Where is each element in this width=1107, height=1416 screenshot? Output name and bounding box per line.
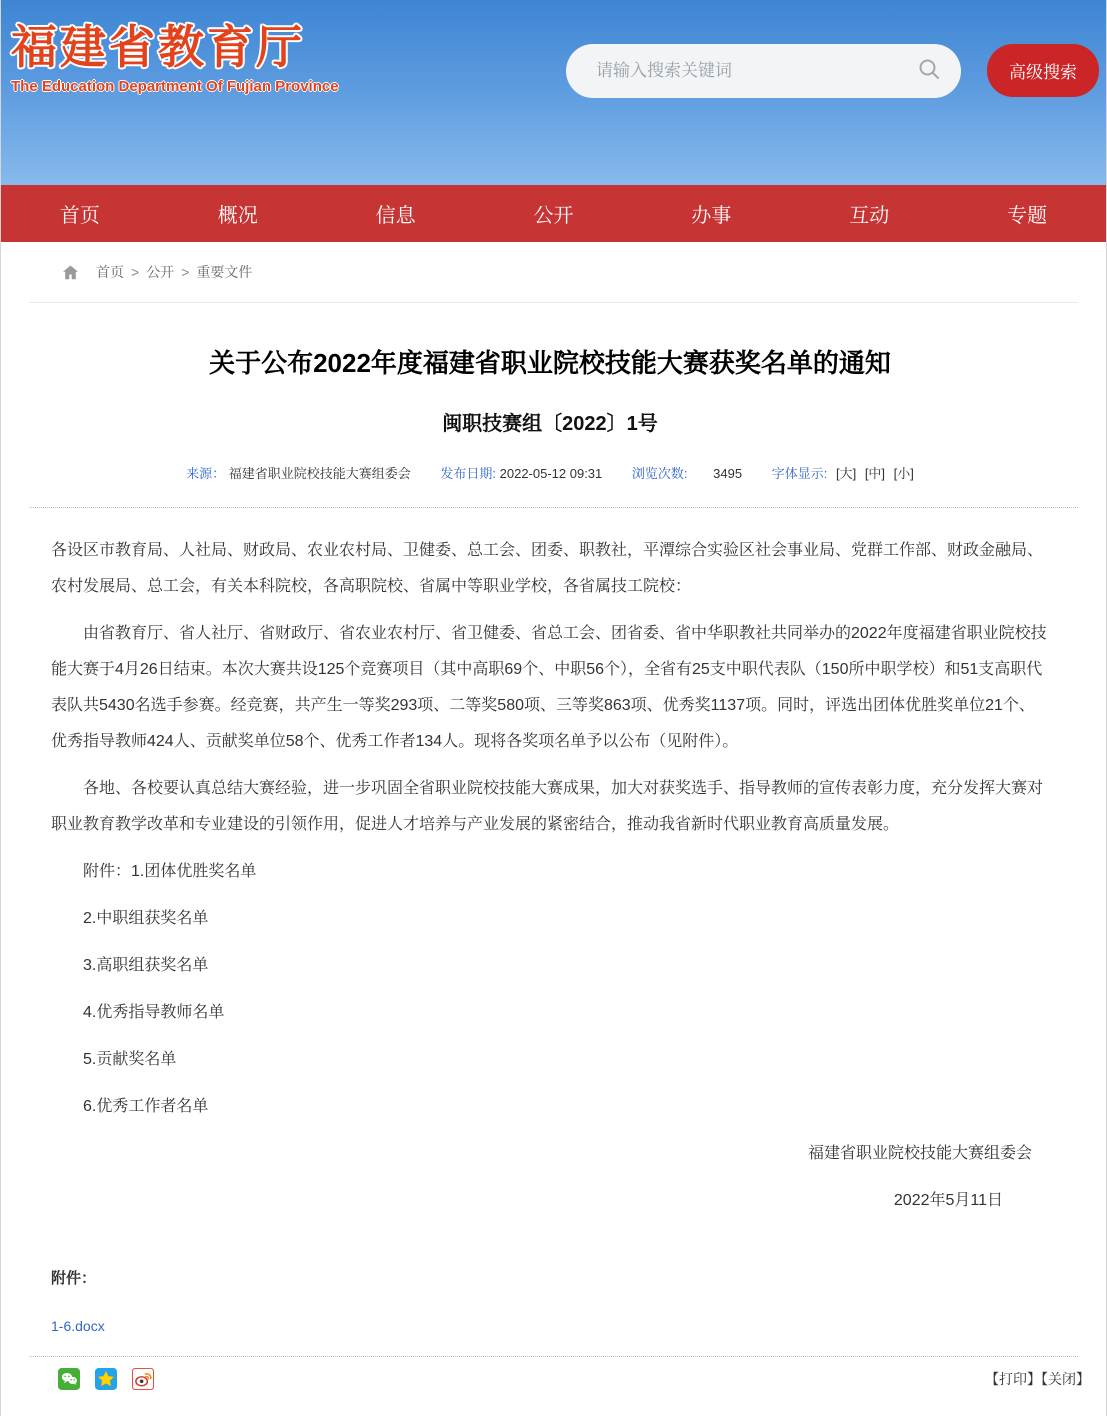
search-input[interactable] (594, 60, 917, 82)
meta-date-label: 发布日期: (440, 466, 496, 481)
breadcrumb-wrap: 首页 > 公开 > 重要文件 (29, 242, 1078, 303)
paragraph-recipients: 各设区市教育局、人社局、财政局、农业农村局、卫健委、总工会、团委、职教社，平潭综… (51, 533, 1049, 605)
site-title-cn: 福建省教育厅 (11, 22, 339, 73)
document-number: 闽职技赛组〔2022〕1号 (51, 407, 1049, 436)
home-icon[interactable] (61, 263, 80, 282)
breadcrumb: 首页 > 公开 > 重要文件 (29, 242, 1078, 302)
meta-views-value: 3495 (713, 466, 742, 481)
nav-item-special[interactable]: 专题 (948, 185, 1106, 242)
site-header: 福建省教育厅 The Education Department Of Fujia… (1, 0, 1106, 185)
attachment-list-item: 2.中职组获奖名单 (51, 901, 1049, 937)
nav-item-interact[interactable]: 互动 (790, 185, 948, 242)
share-icons (58, 1368, 154, 1390)
page-title: 关于公布2022年度福建省职业院校技能大赛获奖名单的通知 (51, 347, 1049, 381)
attachment-list-item: 4.优秀指导教师名单 (51, 995, 1049, 1031)
site-logo[interactable]: 福建省教育厅 The Education Department Of Fujia… (11, 22, 339, 95)
attachment-section-label: 附件： (51, 1261, 1049, 1297)
font-size-large[interactable]: [大] (836, 466, 856, 481)
nav-item-service[interactable]: 办事 (632, 185, 790, 242)
main-nav: 首页 概况 信息 公开 办事 互动 专题 (1, 185, 1106, 242)
site-title-en: The Education Department Of Fujian Provi… (11, 78, 339, 95)
weibo-share-icon[interactable] (132, 1368, 154, 1390)
signature-organization: 福建省职业院校技能大赛组委会 (51, 1136, 1049, 1172)
signature-date: 2022年5月11日 (51, 1183, 1049, 1219)
breadcrumb-item-current[interactable]: 重要文件 (196, 262, 252, 282)
paragraph-results: 由省教育厅、省人社厅、省财政厅、省农业农村厅、省卫健委、省总工会、团省委、省中华… (51, 616, 1049, 760)
meta-date-value: 2022-05-12 09:31 (500, 466, 603, 481)
meta-font-size: 字体显示: [大] [中] [小] (772, 466, 914, 481)
search-box (566, 44, 961, 98)
font-size-small[interactable]: [小] (894, 466, 914, 481)
close-button[interactable]: 【关闭】 (1041, 1371, 1090, 1387)
print-close-actions: 【打印】【关闭】 (985, 1369, 1090, 1389)
breadcrumb-separator: > (181, 264, 189, 280)
article-body: 各设区市教育局、人社局、财政局、农业农村局、卫健委、总工会、团委、职教社，平潭综… (1, 508, 1106, 1345)
attachment-list-item: 3.高职组获奖名单 (51, 948, 1049, 984)
breadcrumb-item-home[interactable]: 首页 (96, 262, 124, 282)
meta-source-value: 福建省职业院校技能大赛组委会 (229, 466, 411, 481)
meta-source-label: 来源： (186, 466, 225, 481)
qzone-share-icon[interactable] (95, 1368, 117, 1390)
meta-views-label: 浏览次数: (632, 466, 688, 481)
attachment-list-item: 5.贡献奖名单 (51, 1042, 1049, 1078)
nav-item-home[interactable]: 首页 (1, 185, 159, 242)
article-head: 关于公布2022年度福建省职业院校技能大赛获奖名单的通知 闽职技赛组〔2022〕… (1, 347, 1106, 482)
page: 福建省教育厅 The Education Department Of Fujia… (0, 0, 1107, 1416)
attachment-list-item: 6.优秀工作者名单 (51, 1089, 1049, 1125)
attachment-file-link[interactable]: 1-6.docx (51, 1318, 105, 1334)
article-footer: 【打印】【关闭】 (1, 1357, 1106, 1416)
meta-font-label: 字体显示: (772, 466, 828, 481)
print-button[interactable]: 【打印】 (985, 1371, 1041, 1387)
search-icon[interactable] (917, 57, 941, 86)
nav-item-info[interactable]: 信息 (317, 185, 475, 242)
wechat-share-icon[interactable] (58, 1368, 80, 1390)
breadcrumb-item-public[interactable]: 公开 (146, 262, 174, 282)
breadcrumb-separator: > (131, 264, 139, 280)
meta-views: 浏览次数: 3495 (632, 466, 746, 481)
font-size-medium[interactable]: [中] (865, 466, 885, 481)
paragraph-requirements: 各地、各校要认真总结大赛经验，进一步巩固全省职业院校技能大赛成果，加大对获奖选手… (51, 771, 1049, 843)
nav-item-overview[interactable]: 概况 (159, 185, 317, 242)
attachment-list-item: 附件：1.团体优胜奖名单 (51, 854, 1049, 890)
nav-item-public[interactable]: 公开 (475, 185, 633, 242)
meta-date: 发布日期: 2022-05-12 09:31 (440, 466, 606, 481)
advanced-search-button[interactable]: 高级搜索 (987, 44, 1099, 97)
attachment-file-row: 1-6.docx (51, 1308, 1049, 1345)
meta-source: 来源： 福建省职业院校技能大赛组委会 (186, 466, 414, 481)
article-meta: 来源： 福建省职业院校技能大赛组委会 发布日期: 2022-05-12 09:3… (51, 463, 1049, 482)
